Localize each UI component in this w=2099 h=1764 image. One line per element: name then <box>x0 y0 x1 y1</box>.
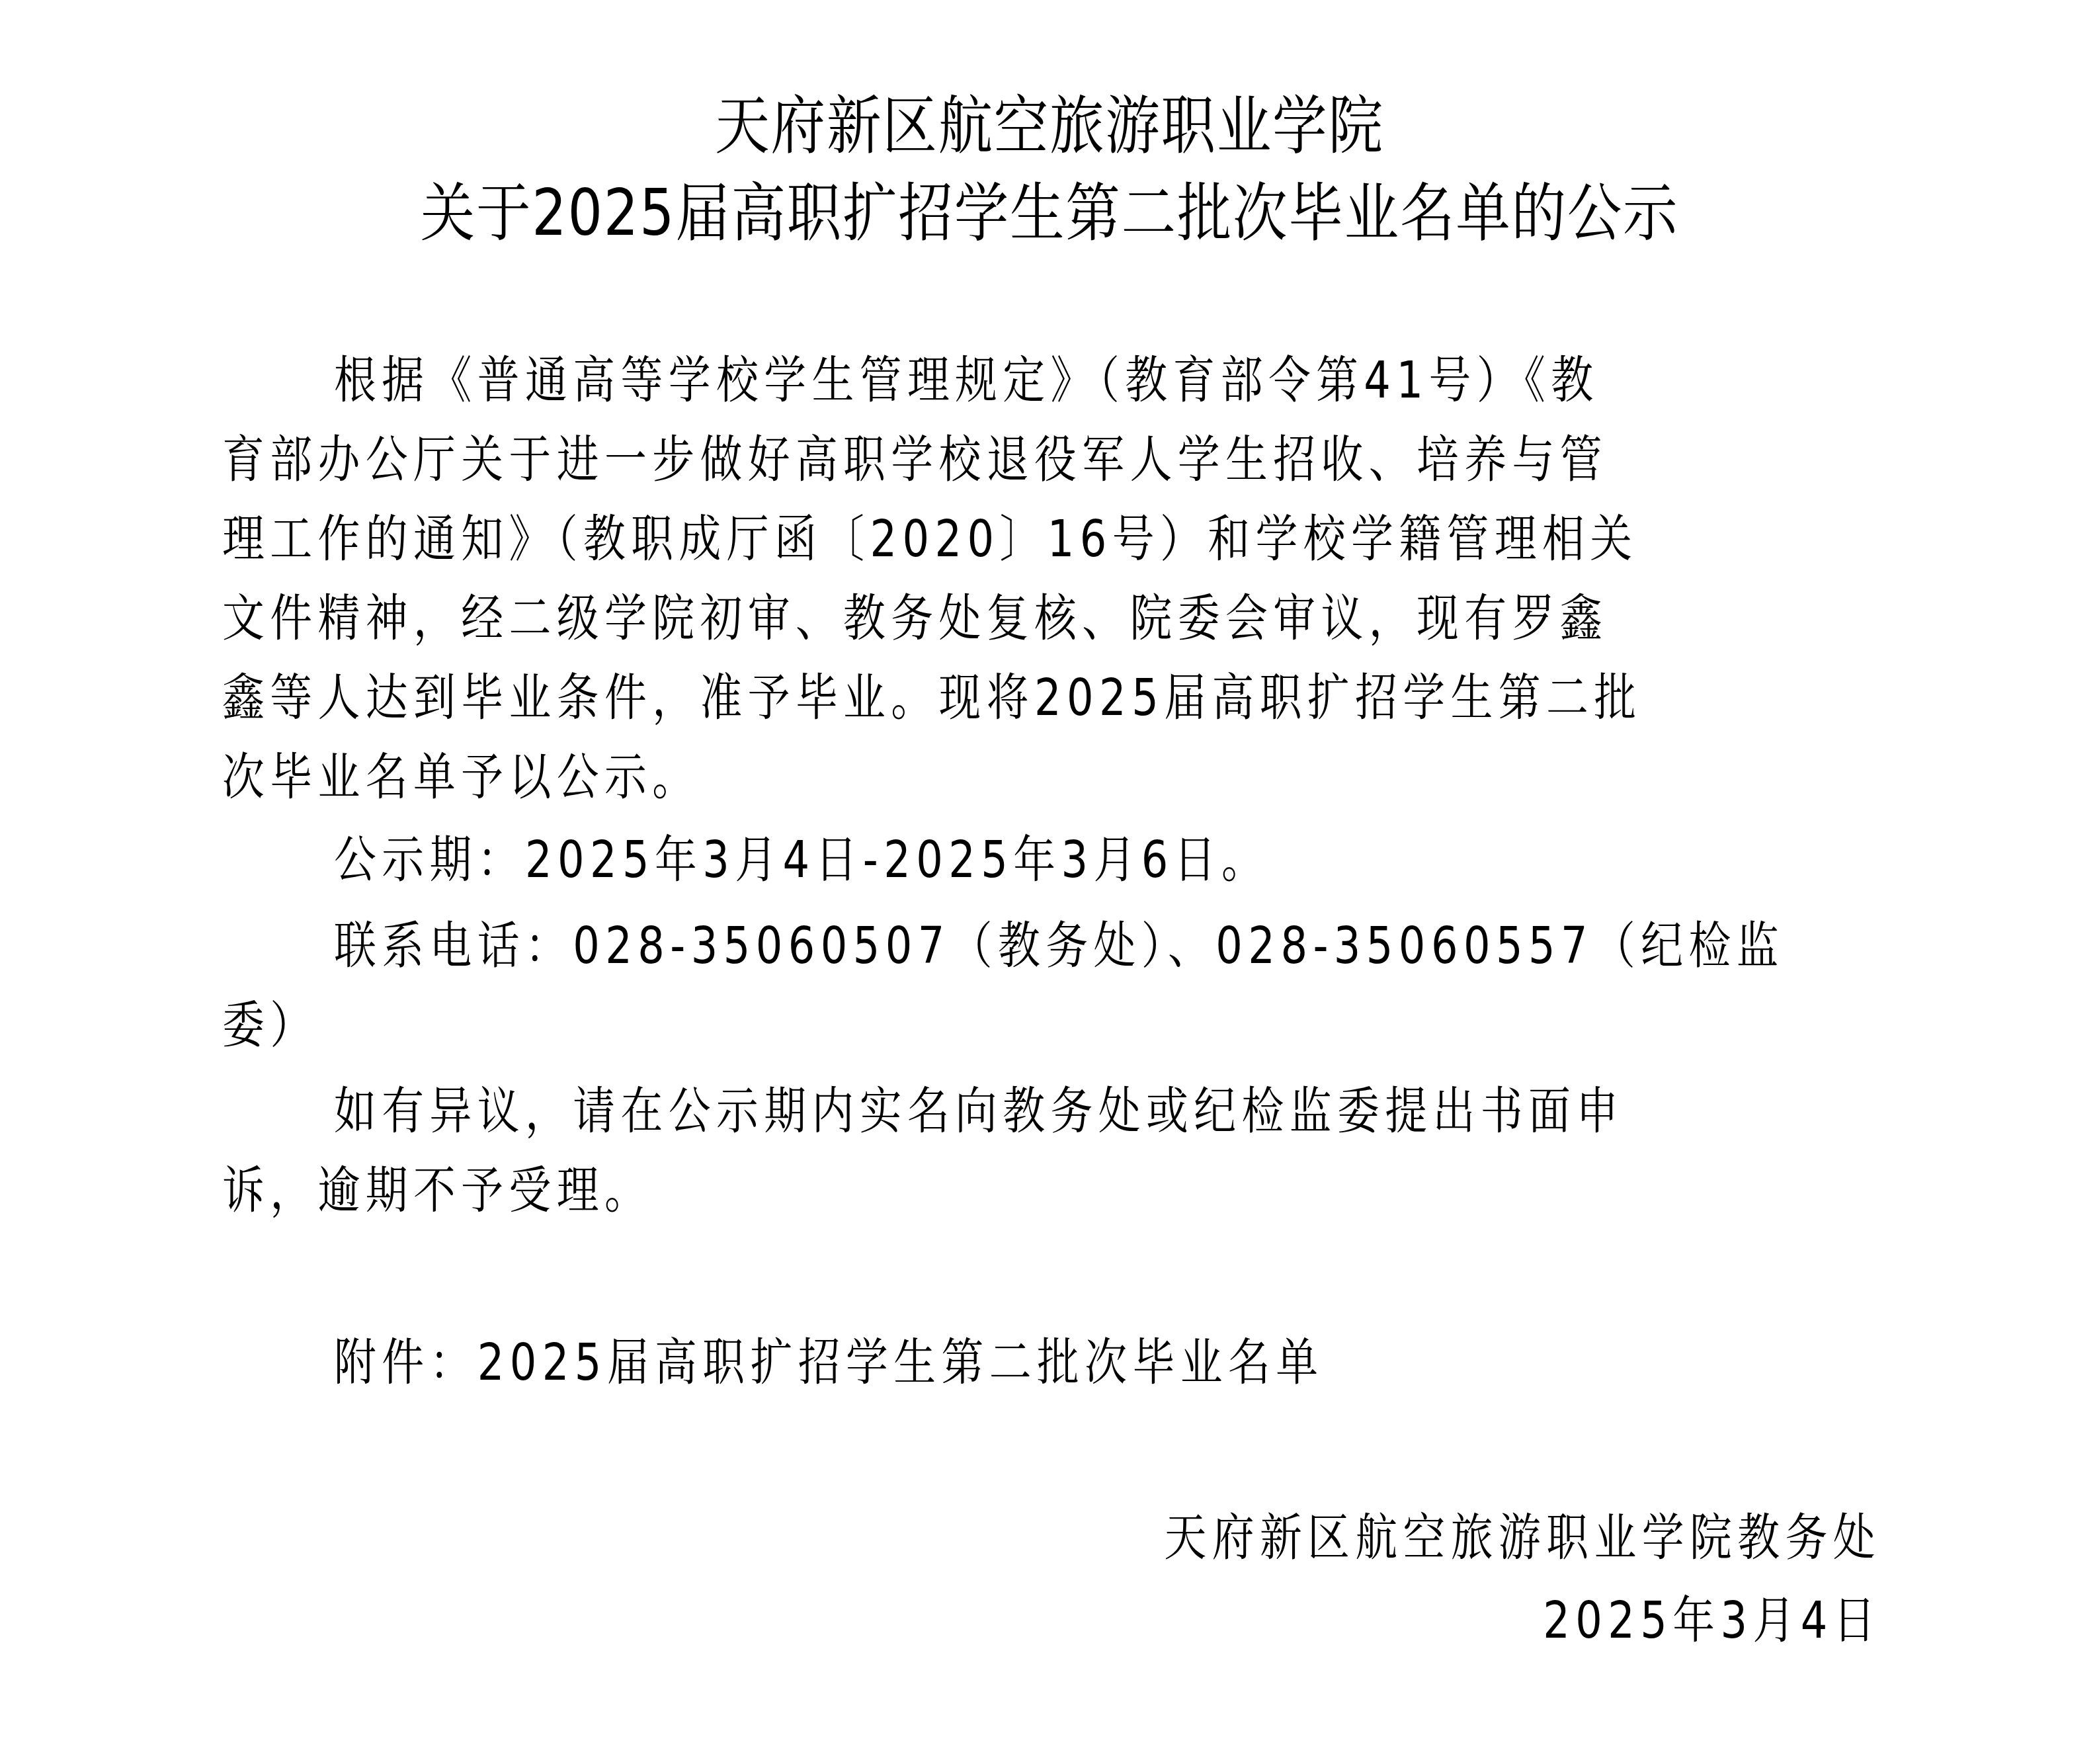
objection-notice: 如有异议，请在公示期内实名向教务处或纪检监委提出书面申 <box>334 1078 1624 1144</box>
publicity-period: 公示期：2025年3月4日-2025年3月6日。 <box>334 827 1269 893</box>
attachment-line: 附件：2025届高职扩招学生第二批次毕业名单 <box>334 1329 1323 1396</box>
contact-phone: 联系电话：028-35060507（教务处）、028-35060557（纪检监 <box>334 913 1784 979</box>
body-line: 鑫等人达到毕业条件，准予毕业。现将2025届高职扩招学生第二批 <box>222 665 1642 731</box>
signature-issuer: 天府新区航空旅游职业学院教务处 <box>1164 1505 1881 1571</box>
document-title-subject: 关于2025届高职扩招学生第二批次毕业名单的公示 <box>147 173 1952 253</box>
signature-date: 2025年3月4日 <box>1543 1587 1881 1654</box>
body-line: 育部办公厅关于进一步做好高职学校退役军人学生招收、培养与管 <box>222 427 1608 493</box>
document-page: 天府新区航空旅游职业学院 关于2025届高职扩招学生第二批次毕业名单的公示 根据… <box>0 0 2099 1764</box>
body-line: 根据《普通高等学校学生管理规定》（教育部令第41号）《教 <box>334 347 1598 413</box>
body-line: 理工作的通知》（教职成厅函〔2020〕16号）和学校学籍管理相关 <box>222 506 1637 572</box>
body-line: 文件精神，经二级学院初审、教务处复核、院委会审议，现有罗鑫 <box>222 585 1608 651</box>
objection-notice-continued: 诉，逾期不予受理。 <box>222 1157 652 1224</box>
contact-phone-continued: 委） <box>222 992 317 1058</box>
document-title-institution: 天府新区航空旅游职业学院 <box>147 86 1952 165</box>
body-line: 次毕业名单予以公示。 <box>222 744 700 810</box>
